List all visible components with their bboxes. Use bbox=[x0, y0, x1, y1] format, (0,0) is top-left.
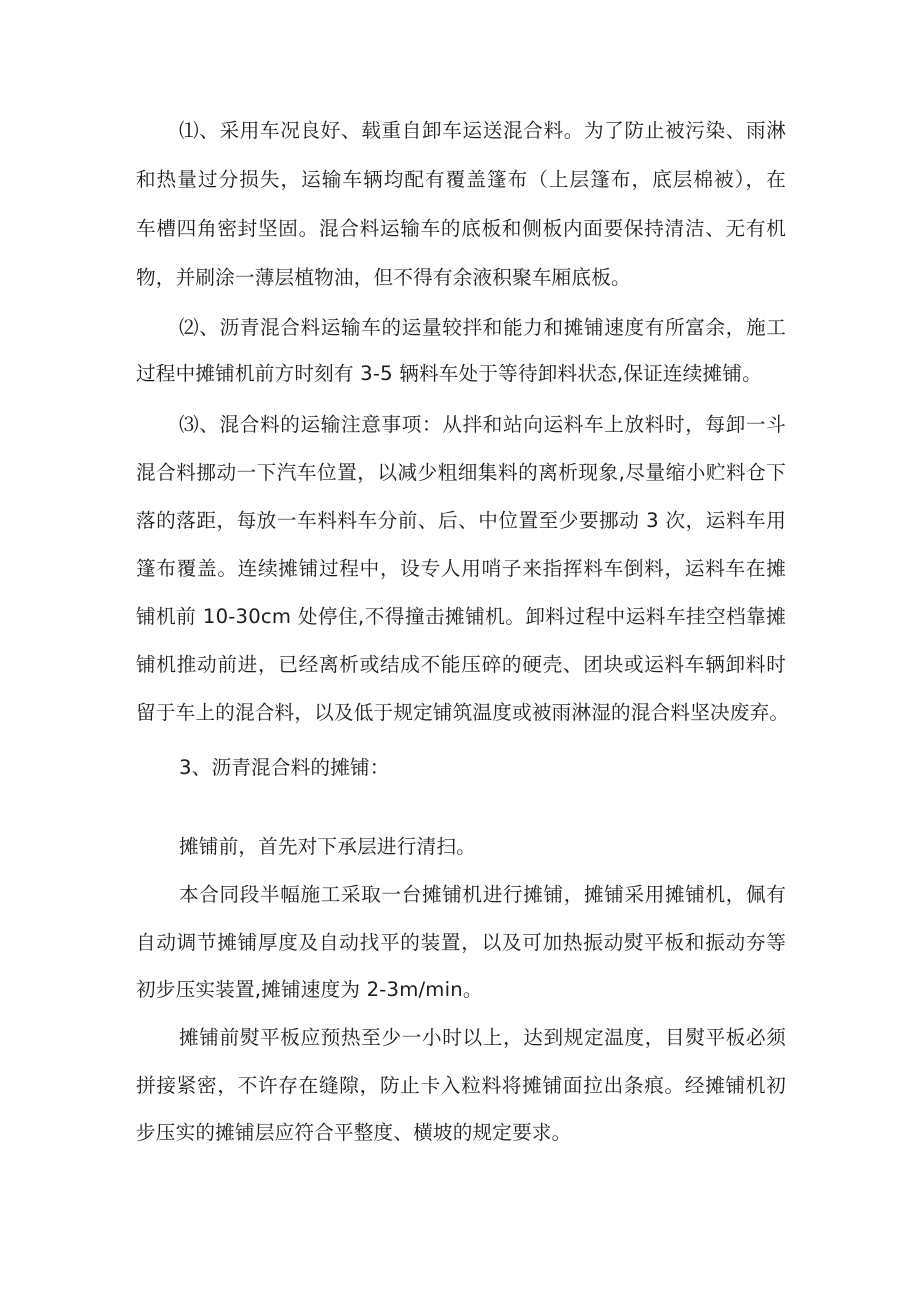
paragraph-paving-2-line-1: 本合同段半幅施工采取一台摊铺机进行摊铺，摊铺采用摊铺机，佩有 bbox=[179, 880, 786, 910]
paragraph-transport-3-line-3: 落的落距，每放一车料料车分前、后、中位置至少要挪动 3 次，运料车用 bbox=[136, 506, 786, 536]
paragraph-paving-3-line-3: 步压实的摊铺层应符合平整度、横坡的规定要求。 bbox=[136, 1118, 786, 1148]
paragraph-transport-2-line-2: 过程中摊铺机前方时刻有 3-5 辆料车处于等待卸料状态,保证连续摊铺。 bbox=[136, 359, 786, 389]
document-page: ⑴、采用车况良好、载重自卸车运送混合料。为了防止被污染、雨淋 和热量过分损失，运… bbox=[0, 0, 920, 1301]
paragraph-paving-3-line-1: 摊铺前熨平板应预热至少一小时以上，达到规定温度，目熨平板必须 bbox=[179, 1023, 786, 1053]
paragraph-paving-2-line-3: 初步压实装置,摊铺速度为 2-3m/min。 bbox=[136, 975, 786, 1005]
paragraph-paving-2-line-2: 自动调节摊铺厚度及自动找平的装置，以及可加热振动熨平板和振动夯等 bbox=[136, 928, 786, 958]
paragraph-transport-3-line-6: 铺机推动前进，已经离析或结成不能压碎的硬壳、团块或运料车辆卸料时 bbox=[136, 650, 786, 680]
paragraph-transport-1-line-1: ⑴、采用车况良好、载重自卸车运送混合料。为了防止被污染、雨淋 bbox=[179, 116, 786, 146]
paragraph-paving-1-line-1: 摊铺前，首先对下承层进行清扫。 bbox=[179, 832, 786, 862]
paragraph-transport-2-line-1: ⑵、沥青混合料运输车的运量较拌和能力和摊铺速度有所富余，施工 bbox=[179, 313, 786, 343]
paragraph-transport-3-line-5: 铺机前 10-30cm 处停住,不得撞击摊铺机。卸料过程中运料车挂空档靠摊 bbox=[136, 602, 786, 632]
paragraph-transport-1-line-4: 物，并刷涂一薄层植物油，但不得有余液积聚车厢底板。 bbox=[136, 263, 786, 293]
section-heading-paving: 3、沥青混合料的摊铺： bbox=[179, 753, 786, 783]
paragraph-transport-3-line-2: 混合料挪动一下汽车位置，以减少粗细集料的离析现象,尽量缩小贮料仓下 bbox=[136, 458, 786, 488]
paragraph-transport-3-line-7: 留于车上的混合料，以及低于规定铺筑温度或被雨淋湿的混合料坚决废弃。 bbox=[136, 698, 786, 728]
paragraph-transport-1-line-3: 车槽四角密封坚固。混合料运输车的底板和侧板内面要保持清洁、无有机 bbox=[136, 214, 786, 244]
paragraph-transport-3-line-4: 篷布覆盖。连续摊铺过程中，设专人用哨子来指挥料车倒料，运料车在摊 bbox=[136, 554, 786, 584]
paragraph-transport-1-line-2: 和热量过分损失，运输车辆均配有覆盖篷布（上层篷布，底层棉被），在 bbox=[136, 165, 786, 195]
paragraph-paving-3-line-2: 拼接紧密，不许存在缝隙，防止卡入粒料将摊铺面拉出条痕。经摊铺机初 bbox=[136, 1071, 786, 1101]
paragraph-transport-3-line-1: ⑶、混合料的运输注意事项：从拌和站向运料车上放料时，每卸一斗 bbox=[179, 410, 786, 440]
